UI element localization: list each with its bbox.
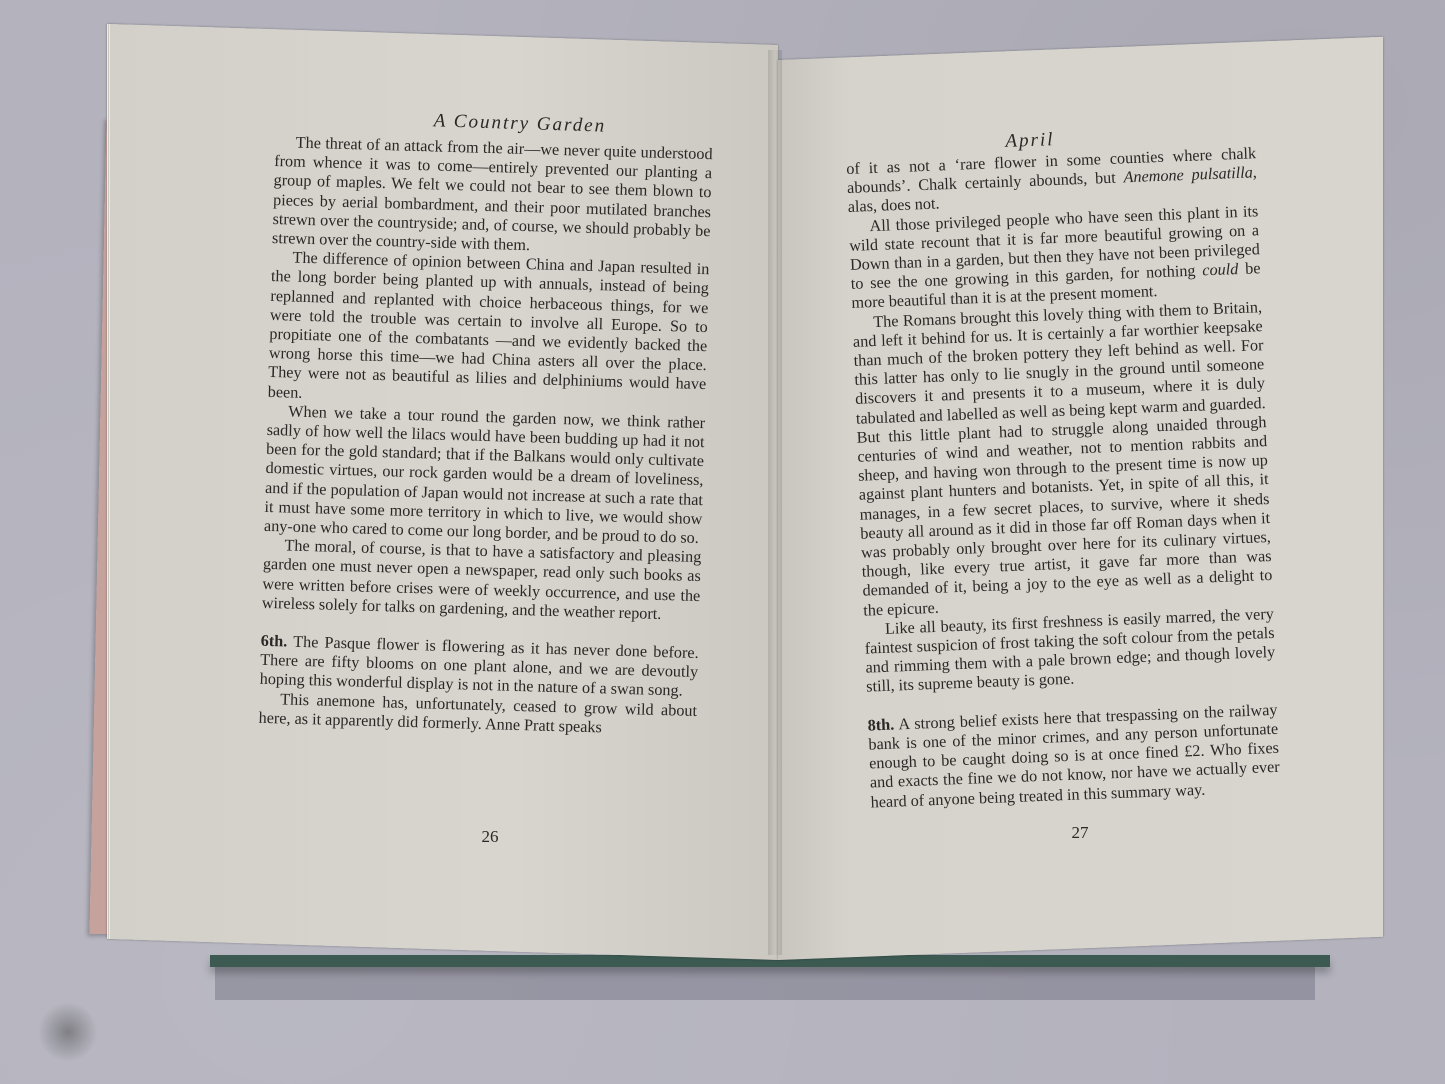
paragraph: The Romans brought this lovely thing wit…	[852, 298, 1273, 621]
left-page-body: The threat of an attack from the air—we …	[258, 133, 712, 740]
paragraph: 8th. A strong belief exists here that tr…	[867, 701, 1280, 813]
paragraph: The difference of opinion between China …	[267, 248, 709, 414]
paragraph: All those privileged people who have see…	[848, 202, 1261, 314]
text-run: The Pasque flower is flowering as it has…	[259, 633, 698, 700]
paragraph: When we take a tour round the garden now…	[264, 402, 706, 549]
paragraph: Like all beauty, its first freshness is …	[864, 605, 1277, 697]
right-page-body: of it as not a ‘rare flower in some coun…	[846, 144, 1281, 812]
italic-text: could	[1202, 260, 1239, 279]
surface-smudge	[38, 1002, 98, 1062]
italic-text: Anemone pulsatilla	[1123, 164, 1253, 187]
text-run: The moral, of course, is that to have a …	[262, 537, 702, 623]
diary-date: 8th.	[867, 715, 894, 734]
text-run: Like all beauty, its first freshness is …	[864, 605, 1275, 696]
paragraph: The threat of an attack from the air—we …	[272, 133, 713, 260]
paragraph: The moral, of course, is that to have a …	[262, 536, 702, 625]
book-gutter	[768, 50, 782, 955]
left-page-number: 26	[450, 827, 530, 847]
text-run: A strong belief exists here that trespas…	[868, 701, 1280, 811]
text-run: All those privileged people who have see…	[849, 202, 1260, 293]
text-run: When we take a tour round the garden now…	[264, 402, 706, 547]
text-run: The difference of opinion between China …	[268, 249, 710, 402]
text-run: The Romans brought this lovely thing wit…	[853, 298, 1273, 620]
diary-date: 6th.	[261, 632, 288, 651]
right-page-number: 27	[1040, 823, 1120, 843]
text-run: The threat of an attack from the air—we …	[272, 134, 713, 255]
